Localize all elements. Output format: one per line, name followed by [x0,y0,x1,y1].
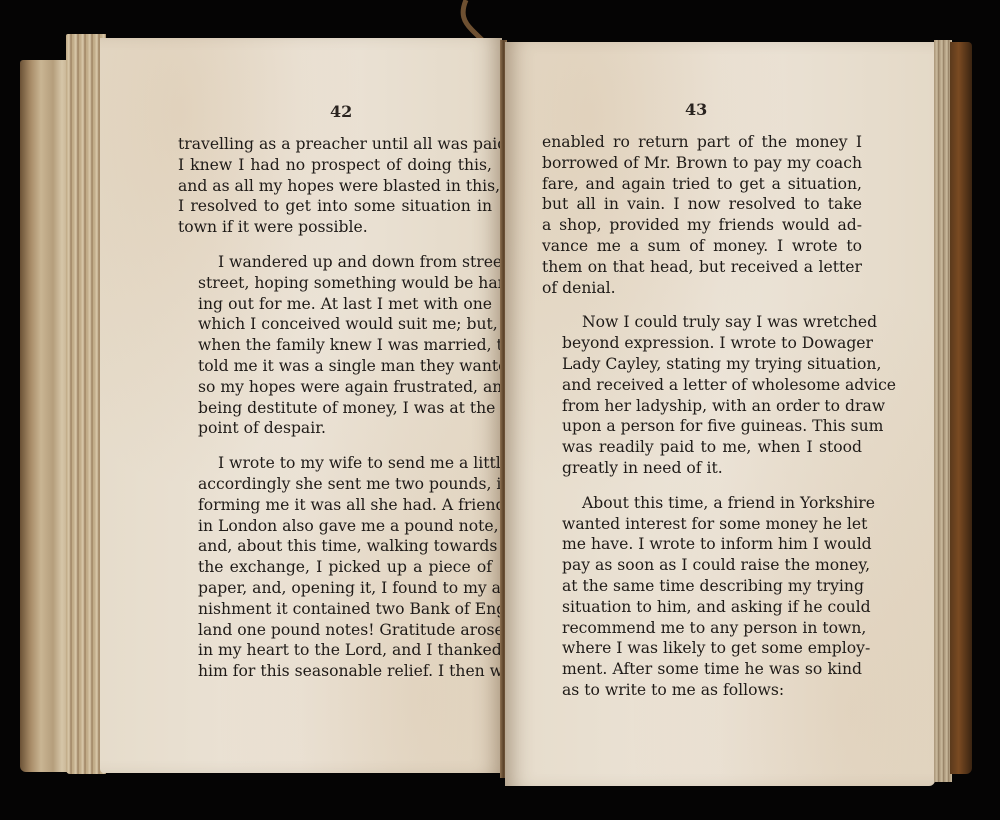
left-page: 42 travelling as a preacher until all wa… [100,38,502,773]
text-line: was readily paid to me, when I stood [542,437,862,458]
paragraph: enabled ro return part of the money I bo… [542,132,862,298]
text-line: pay as soon as I could raise the money, [542,555,862,576]
text-line: in my heart to the Lord, and I thanked [178,640,492,661]
text-line: I resolved to get into some situation in [178,196,492,217]
page-number-right: 43 [685,100,707,119]
text-line: fare, and again tried to get a situation… [542,174,862,195]
right-page: 43 enabled ro return part of the money I… [505,42,935,786]
paragraph: About this time, a friend in Yorkshire w… [542,493,862,701]
book-cover-edge [950,42,972,774]
text-line: Now I could truly say I was wretched [542,312,862,333]
text-line: in London also gave me a pound note, [178,516,492,537]
text-line: me have. I wrote to inform him I would [542,534,862,555]
text-line: recommend me to any person in town, [542,618,862,639]
text-line: beyond expression. I wrote to Dowager [542,333,862,354]
text-line: Lady Cayley, stating my trying situation… [542,354,862,375]
text-line: ment. After some time he was so kind [542,659,862,680]
text-line: as to write to me as follows: [542,680,862,701]
text-line: which I conceived would suit me; but, [178,314,492,335]
paragraph: I wrote to my wife to send me a little, … [178,453,492,682]
text-line: town if it were possible. [178,217,492,238]
text-line: point of despair. [178,418,492,439]
text-line: enabled ro return part of the money I [542,132,862,153]
paragraph: I wandered up and down from street to st… [178,252,492,439]
text-line: being destitute of money, I was at the [178,398,492,419]
text-line: accordingly she sent me two pounds, in- [178,474,492,495]
text-line: I knew I had no prospect of doing this, [178,155,492,176]
text-line: where I was likely to get some employ- [542,638,862,659]
text-line: wanted interest for some money he let [542,514,862,535]
text-line: when the family knew I was married, they [178,335,492,356]
text-line: him for this seasonable relief. I then w… [178,661,492,682]
text-line: street, hoping something would be hand- [178,273,492,294]
text-line: land one pound notes! Gratitude arose [178,620,492,641]
text-line: so my hopes were again frustrated, and [178,377,492,398]
text-line: a shop, provided my friends would ad- [542,215,862,236]
text-line: from her ladyship, with an order to draw [542,396,862,417]
text-line: paper, and, opening it, I found to my as… [178,578,492,599]
text-line: travelling as a preacher until all was p… [178,134,492,155]
text-line: nishment it contained two Bank of Eng- [178,599,492,620]
text-line: borrowed of Mr. Brown to pay my coach [542,153,862,174]
text-line: them on that head, but received a letter [542,257,862,278]
text-line: told me it was a single man they wanted, [178,356,492,377]
paragraph: travelling as a preacher until all was p… [178,134,492,238]
text-line: upon a person for five guineas. This sum [542,416,862,437]
page-number-left: 42 [330,102,352,121]
text-line: greatly in need of it. [542,458,862,479]
right-page-text: enabled ro return part of the money I bo… [542,132,862,715]
text-line: forming me it was all she had. A friend [178,495,492,516]
text-line: and, about this time, walking towards [178,536,492,557]
text-line: of denial. [542,278,862,299]
text-line: vance me a sum of money. I wrote to [542,236,862,257]
left-page-text: travelling as a preacher until all was p… [178,134,492,696]
text-line: but all in vain. I now resolved to take [542,194,862,215]
text-line: and as all my hopes were blasted in this… [178,176,492,197]
text-line: at the same time describing my trying [542,576,862,597]
text-line: I wandered up and down from street to [178,252,492,273]
text-line: About this time, a friend in Yorkshire [542,493,862,514]
text-line: I wrote to my wife to send me a little, [178,453,492,474]
text-line: and received a letter of wholesome advic… [542,375,862,396]
text-line: ing out for me. At last I met with one [178,294,492,315]
text-line: situation to him, and asking if he could [542,597,862,618]
paragraph: Now I could truly say I was wretched bey… [542,312,862,478]
text-line: the exchange, I picked up a piece of [178,557,492,578]
